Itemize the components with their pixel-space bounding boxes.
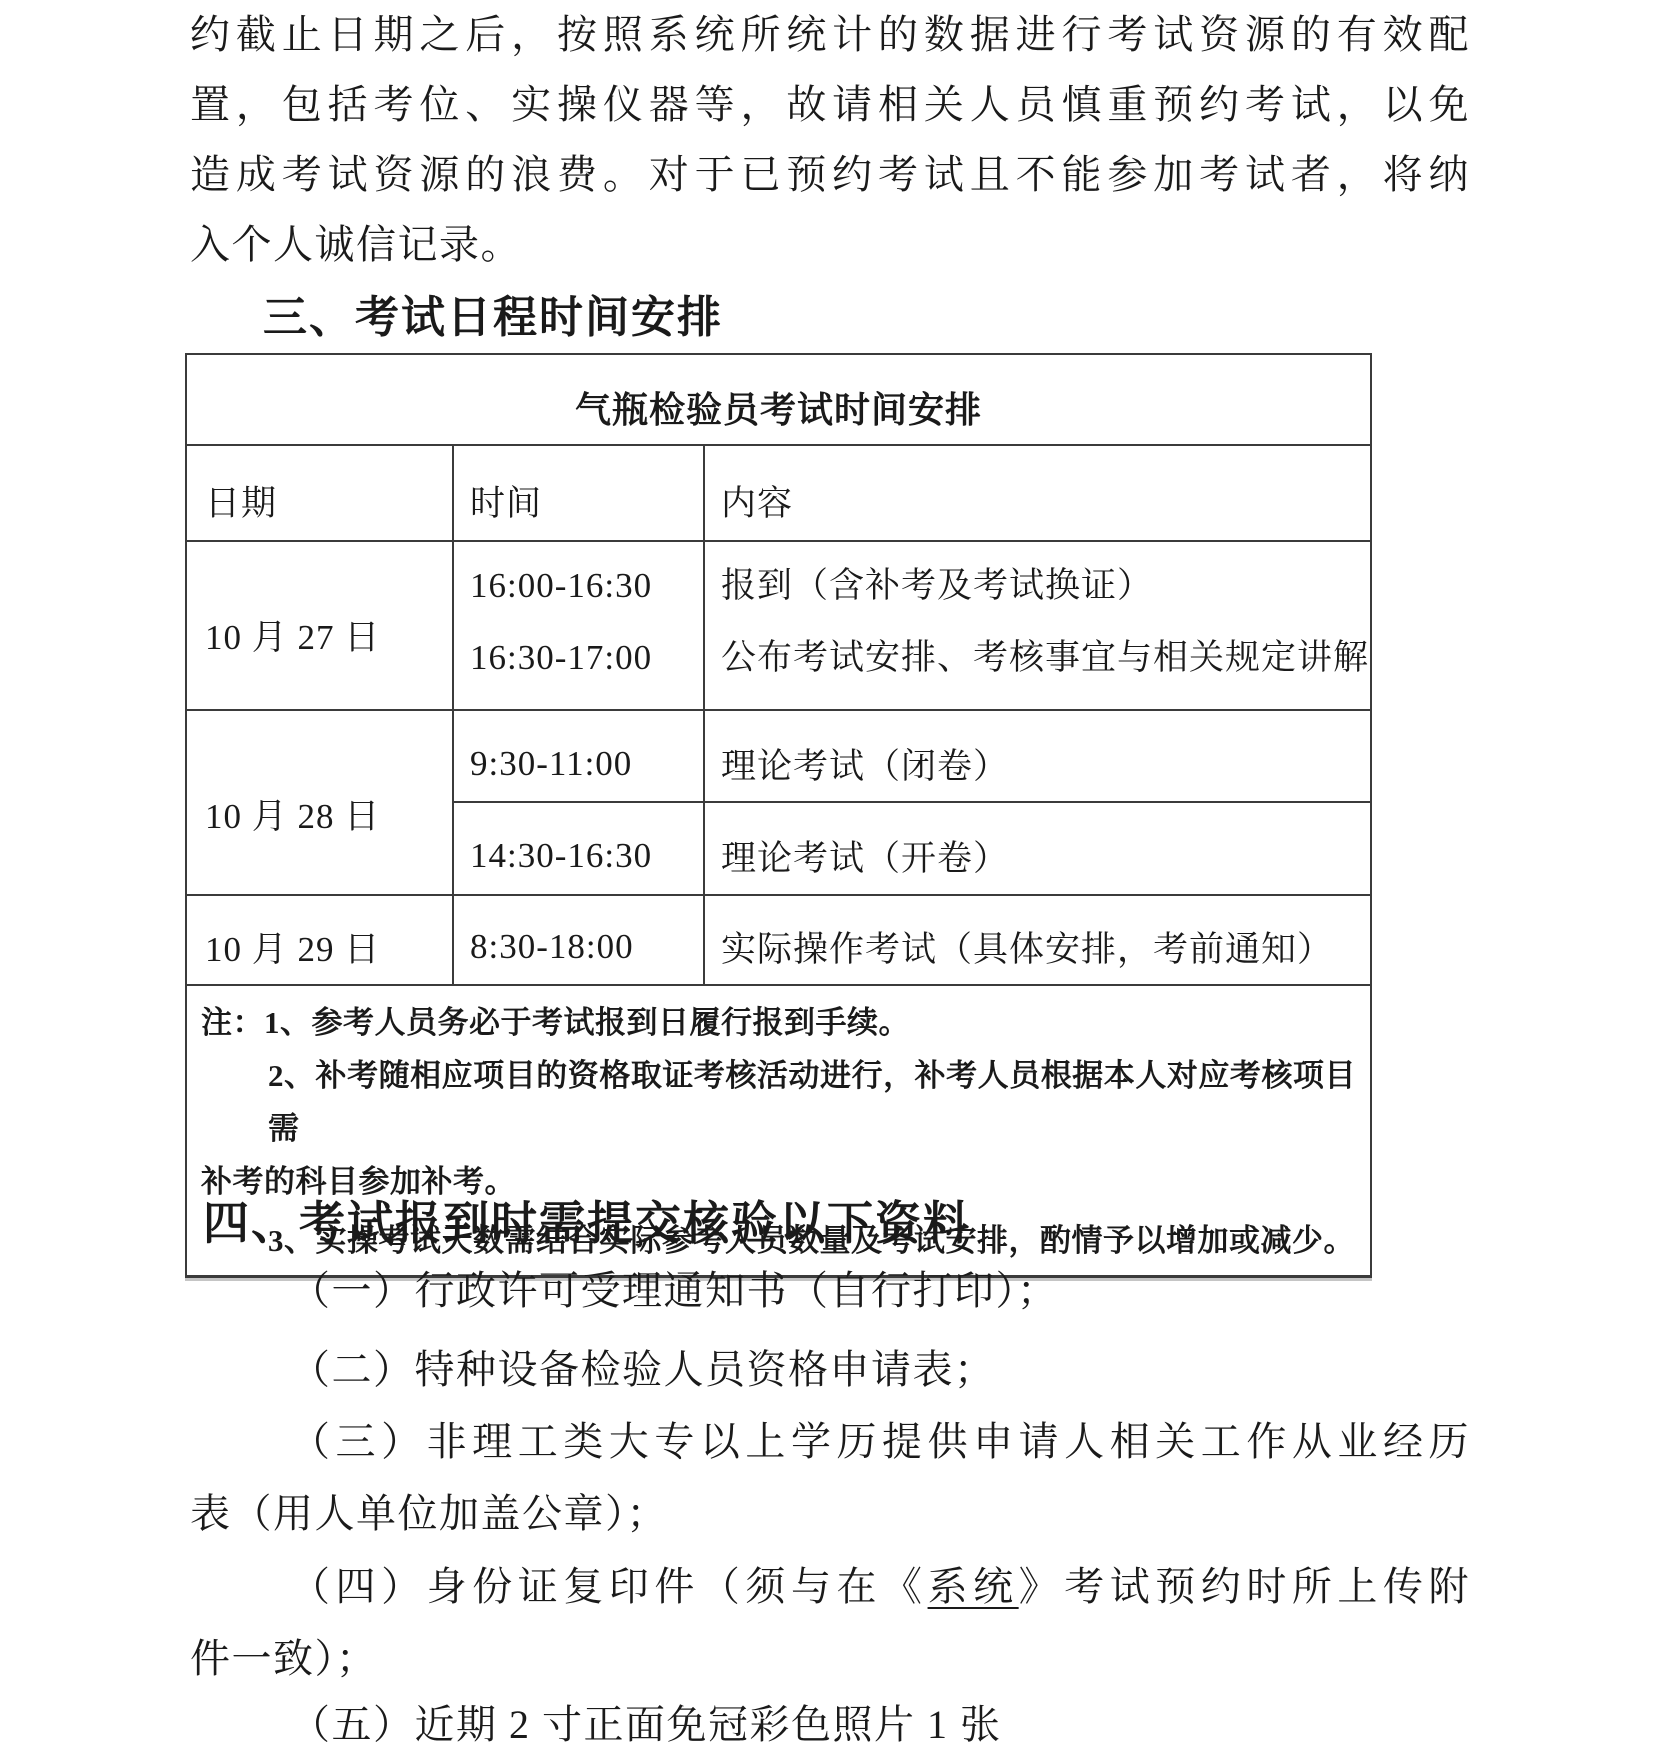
- underlined-term: 系统: [928, 1564, 1019, 1609]
- list-item-text: 》考试预约时所上传附: [1019, 1564, 1470, 1609]
- date-cell: 10 月 28 日: [186, 710, 453, 895]
- intro-line: 置，包括考位、实操仪器等，故请相关人员慎重预约考试，以免: [190, 70, 1470, 140]
- date-cell: 10 月 27 日: [186, 541, 453, 710]
- content-cell: 理论考试（闭卷）: [704, 710, 1371, 802]
- time-slot: 16:30-17:00: [470, 622, 702, 694]
- table-title-row: 气瓶检验员考试时间安排: [186, 354, 1371, 445]
- list-item-line: 表（用人单位加盖公章）；: [190, 1478, 1470, 1550]
- intro-line: 造成考试资源的浪费。对于已预约考试且不能参加考试者，将纳: [190, 140, 1470, 210]
- intro-paragraph: 约截止日期之后，按照系统所统计的数据进行考试资源的有效配 置，包括考位、实操仪器…: [190, 0, 1470, 280]
- materials-section-heading: 四、考试报到时需提交核验以下资料: [203, 1198, 971, 1248]
- list-item-line: （四）身份证复印件（须与在《系统》考试预约时所上传附: [190, 1551, 1470, 1623]
- list-item: （一）行政许可受理通知书（自行打印）；: [190, 1255, 1470, 1327]
- list-item: （五）近期 2 寸正面免冠彩色照片 1 张: [190, 1689, 1470, 1757]
- list-item-text: （四）身份证复印件（须与在《: [290, 1564, 928, 1609]
- time-cell: 8:30-18:00: [453, 895, 704, 985]
- intro-line: 入个人诚信记录。: [190, 210, 1470, 280]
- table-row: 10 月 29 日 8:30-18:00 实际操作考试（具体安排，考前通知）: [186, 895, 1371, 985]
- note-line: 2、补考随相应项目的资格取证考核活动进行，补考人员根据本人对应考核项目需: [201, 1049, 1356, 1155]
- column-header-content: 内容: [704, 445, 1371, 541]
- list-item: （三）非理工类大专以上学历提供申请人相关工作从业经历 表（用人单位加盖公章）；: [190, 1406, 1470, 1550]
- time-cell: 14:30-16:30: [453, 802, 704, 895]
- materials-list: （一）行政许可受理通知书（自行打印）； （二）特种设备检验人员资格申请表； （三…: [190, 1255, 1470, 1757]
- content-cell: 理论考试（开卷）: [704, 802, 1371, 895]
- list-item: （四）身份证复印件（须与在《系统》考试预约时所上传附 件一致）；: [190, 1551, 1470, 1695]
- document-page: { "intro": { "lines": [ "约截止日期之后，按照系统所统计…: [0, 0, 1654, 1757]
- content-cell: 报到（含补考及考试换证） 公布考试安排、考核事宜与相关规定讲解: [704, 541, 1371, 710]
- schedule-section-heading: 三、考试日程时间安排: [263, 294, 723, 342]
- table-row: 10 月 28 日 9:30-11:00 理论考试（闭卷）: [186, 710, 1371, 802]
- note-line: 注：1、参考人员务必于考试报到日履行报到手续。: [201, 996, 1356, 1049]
- date-cell: 10 月 29 日: [186, 895, 453, 985]
- column-header-time: 时间: [453, 445, 704, 541]
- table-header-row: 日期 时间 内容: [186, 445, 1371, 541]
- intro-line: 约截止日期之后，按照系统所统计的数据进行考试资源的有效配: [190, 0, 1470, 70]
- content-cell: 实际操作考试（具体安排，考前通知）: [704, 895, 1371, 985]
- content-item: 报到（含补考及考试换证）: [721, 550, 1369, 622]
- content-item: 公布考试安排、考核事宜与相关规定讲解: [721, 622, 1369, 694]
- table-title: 气瓶检验员考试时间安排: [186, 354, 1371, 445]
- schedule-table: 气瓶检验员考试时间安排 日期 时间 内容 10 月 27 日 16:00-16:…: [185, 353, 1372, 1278]
- time-cell: 16:00-16:30 16:30-17:00: [453, 541, 704, 710]
- list-item-line: （三）非理工类大专以上学历提供申请人相关工作从业经历: [190, 1406, 1470, 1478]
- list-item-line: 件一致）；: [190, 1623, 1470, 1695]
- column-header-date: 日期: [186, 445, 453, 541]
- time-slot: 16:00-16:30: [470, 550, 702, 622]
- table-row: 10 月 27 日 16:00-16:30 16:30-17:00 报到（含补考…: [186, 541, 1371, 710]
- time-cell: 9:30-11:00: [453, 710, 704, 802]
- list-item: （二）特种设备检验人员资格申请表；: [190, 1334, 1470, 1406]
